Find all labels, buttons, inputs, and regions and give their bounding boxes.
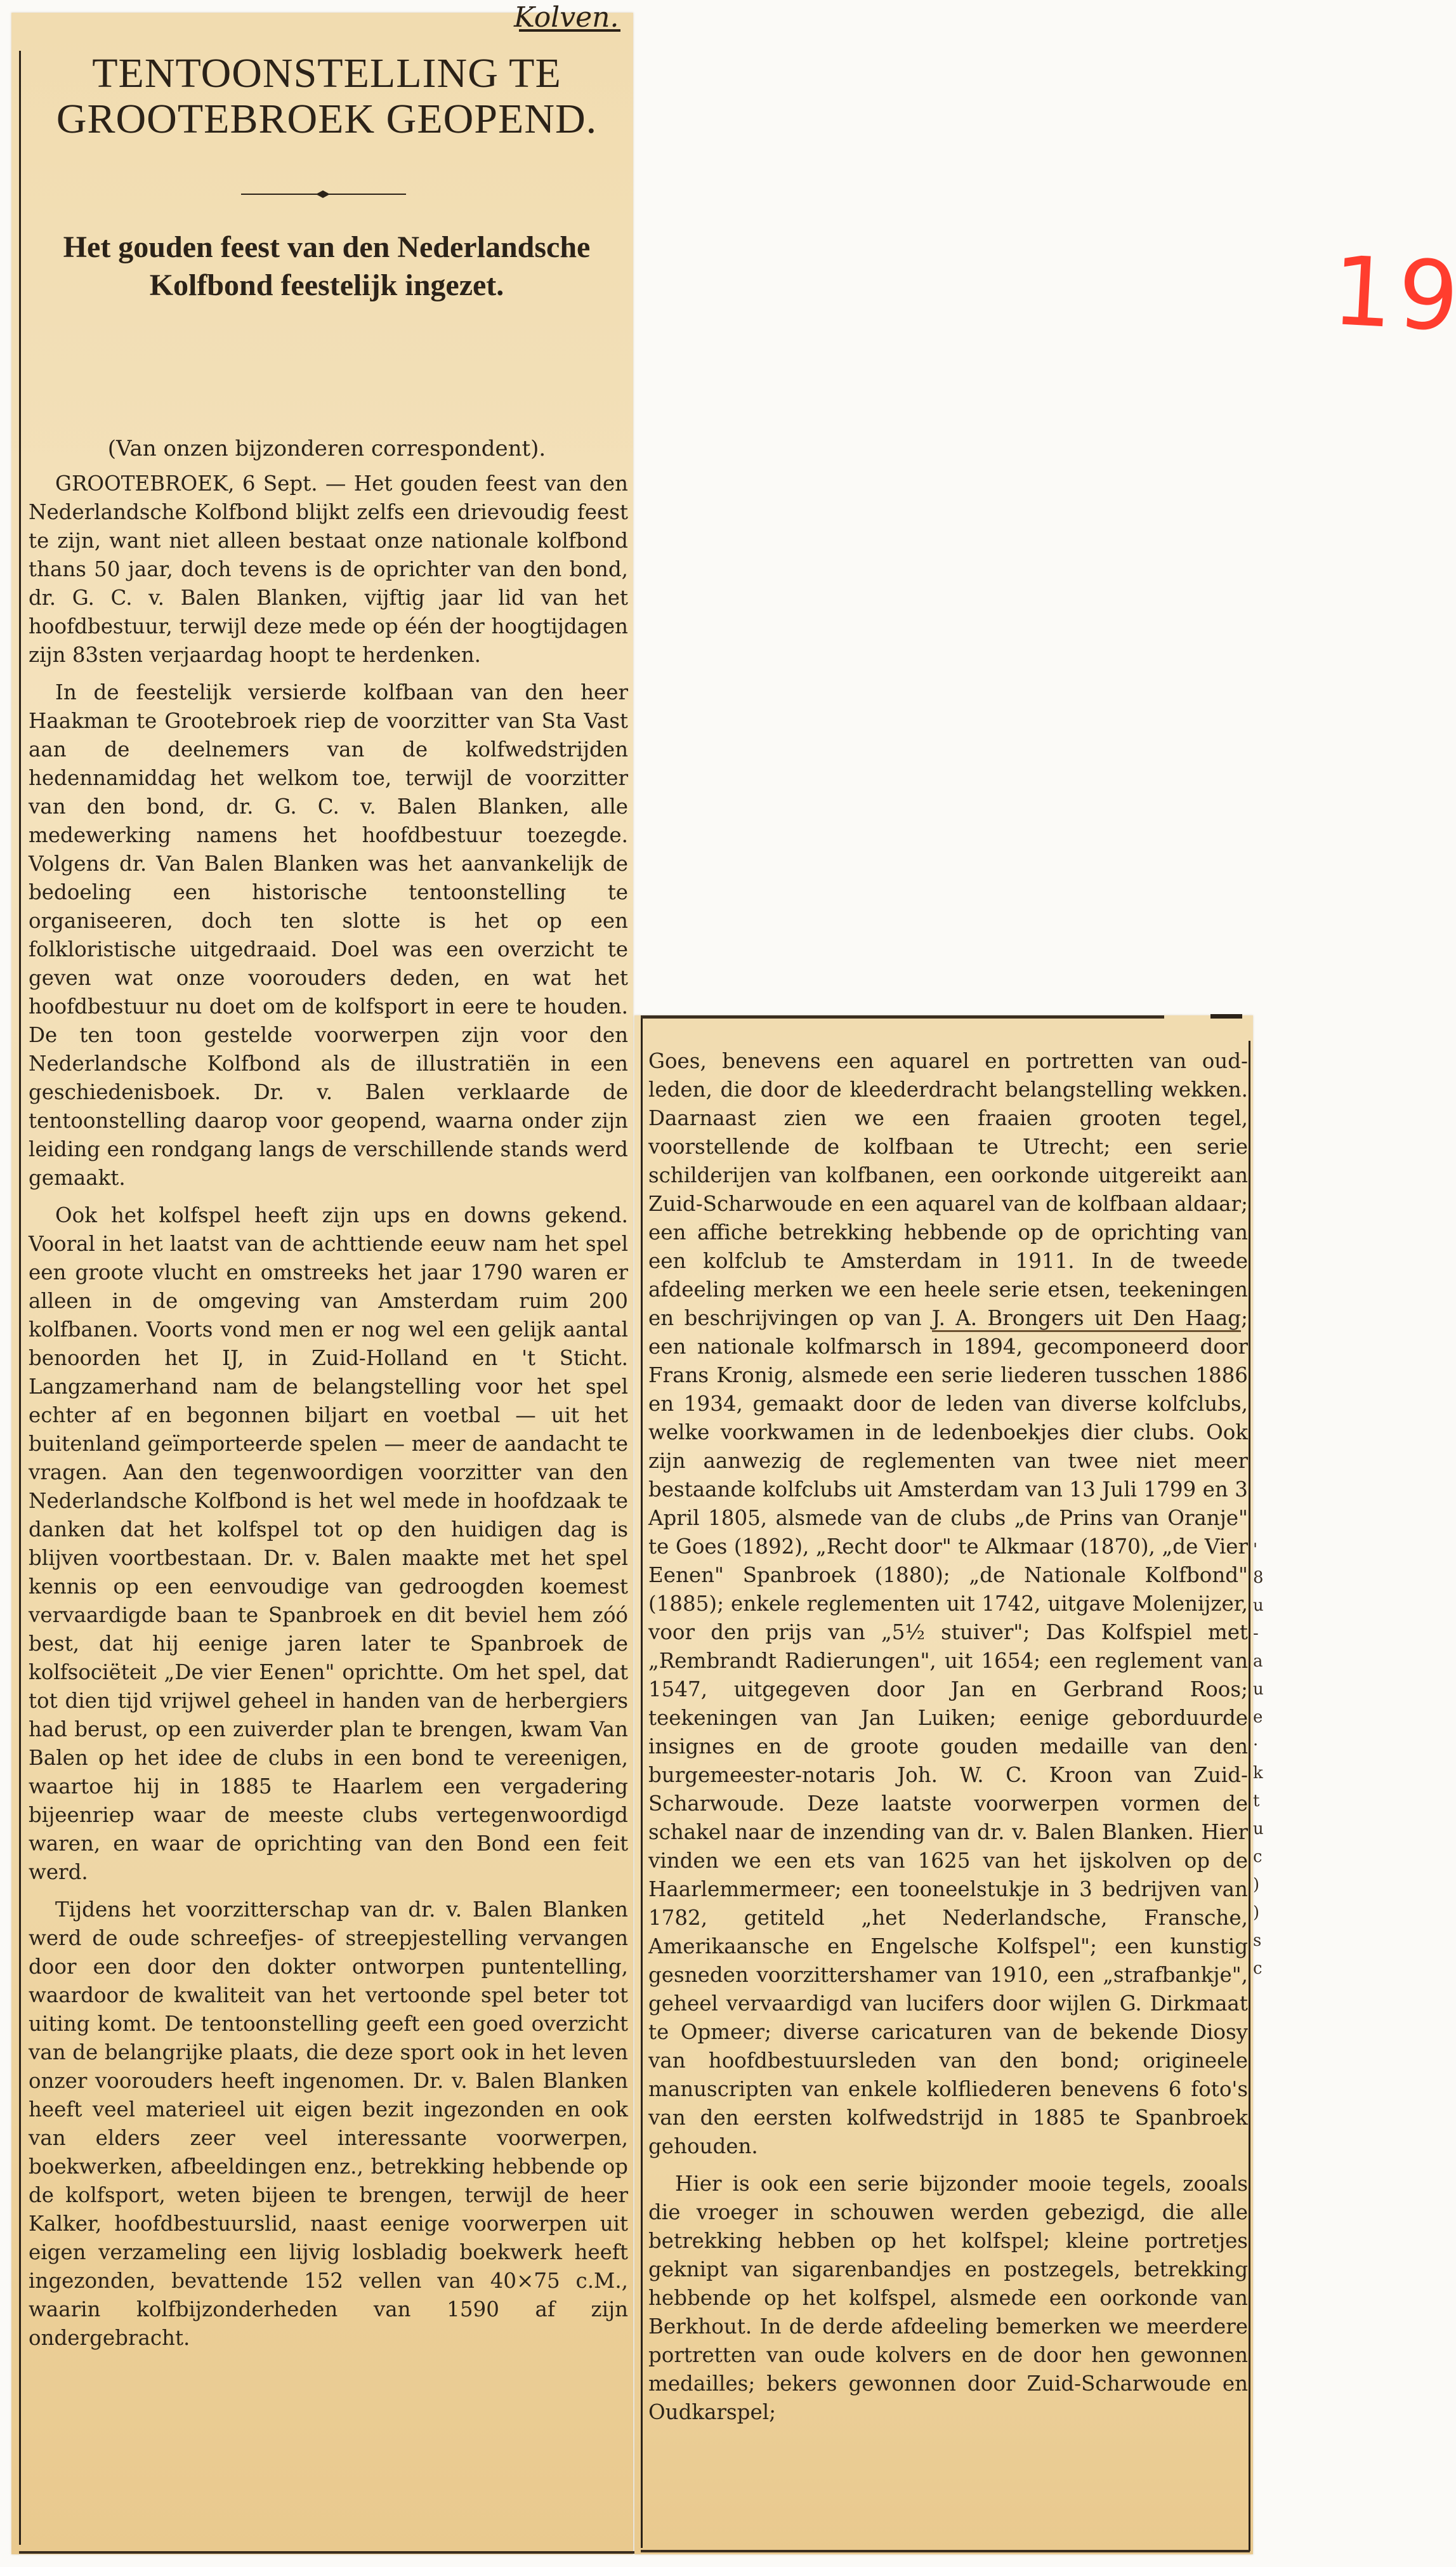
fragment: u [1253,1592,1267,1620]
subheadline: Het gouden feest van den Nederlandsche K… [25,228,628,305]
underlined-name: J. A. Brongers uit Den Haag [932,1306,1241,1332]
fragment: k [1253,1759,1267,1787]
text-run: ; een nationale kolfmarsch in 1894, geco… [648,1306,1248,2158]
top-rule-right-column [641,1015,1164,1019]
article-column-right: Goes, benevens een aquarel en portretten… [648,1047,1248,2436]
column-rule-right [1249,1041,1250,2551]
headline: TENTOONSTELLING TE GROOTEBROEK GEOPEND. [25,51,628,142]
fragment: c [1253,1843,1267,1871]
diamond-icon [316,190,330,198]
paragraph-continued: Goes, benevens een aquarel en portretten… [648,1047,1248,2161]
fragment: 8 [1253,1564,1267,1592]
fragment: s [1253,1927,1267,1955]
fragment: · [1253,1731,1267,1759]
fragment: - [1253,1620,1267,1647]
handwritten-page-number: 191 [1330,236,1456,357]
fragment: t [1253,1787,1267,1815]
paragraph: In de feestelijk versierde kolfbaan van … [29,678,628,1192]
column-rule-middle [641,1019,643,2548]
article-column-left: GROOTEBROEK, 6 Sept. — Het gouden feest … [29,470,628,2361]
fragment: e [1253,1703,1267,1731]
paragraph: GROOTEBROEK, 6 Sept. — Het gouden feest … [29,470,628,670]
fragment: c [1253,1955,1267,1983]
paragraph: Hier is ook een serie bijzonder mooie te… [648,2170,1248,2427]
text-run: Goes, benevens een aquarel en portretten… [648,1049,1248,1330]
fragment: u [1253,1675,1267,1703]
byline: (Van onzen bijzonderen correspondent). [25,435,628,463]
fragment: ) [1253,1899,1267,1927]
paragraph: Tijdens het voorzitterschap van dr. v. B… [29,1896,628,2353]
ornament-divider [241,190,406,198]
section-tag-rule [519,29,620,32]
adjacent-column-fragments: ' 8 u - a u e · k t u c ) ) s c [1253,1536,1267,1983]
bottom-rule-right [641,2550,1250,2552]
fragment: a [1253,1647,1267,1675]
top-rule-stub [1210,1014,1242,1019]
paragraph: Ook het kolfspel heeft zijn ups en downs… [29,1201,628,1887]
fragment: ) [1253,1871,1267,1899]
bottom-rule-left [19,2551,634,2554]
fragment: ' [1253,1536,1267,1564]
fragment: u [1253,1815,1267,1843]
column-rule-left [19,51,21,2545]
